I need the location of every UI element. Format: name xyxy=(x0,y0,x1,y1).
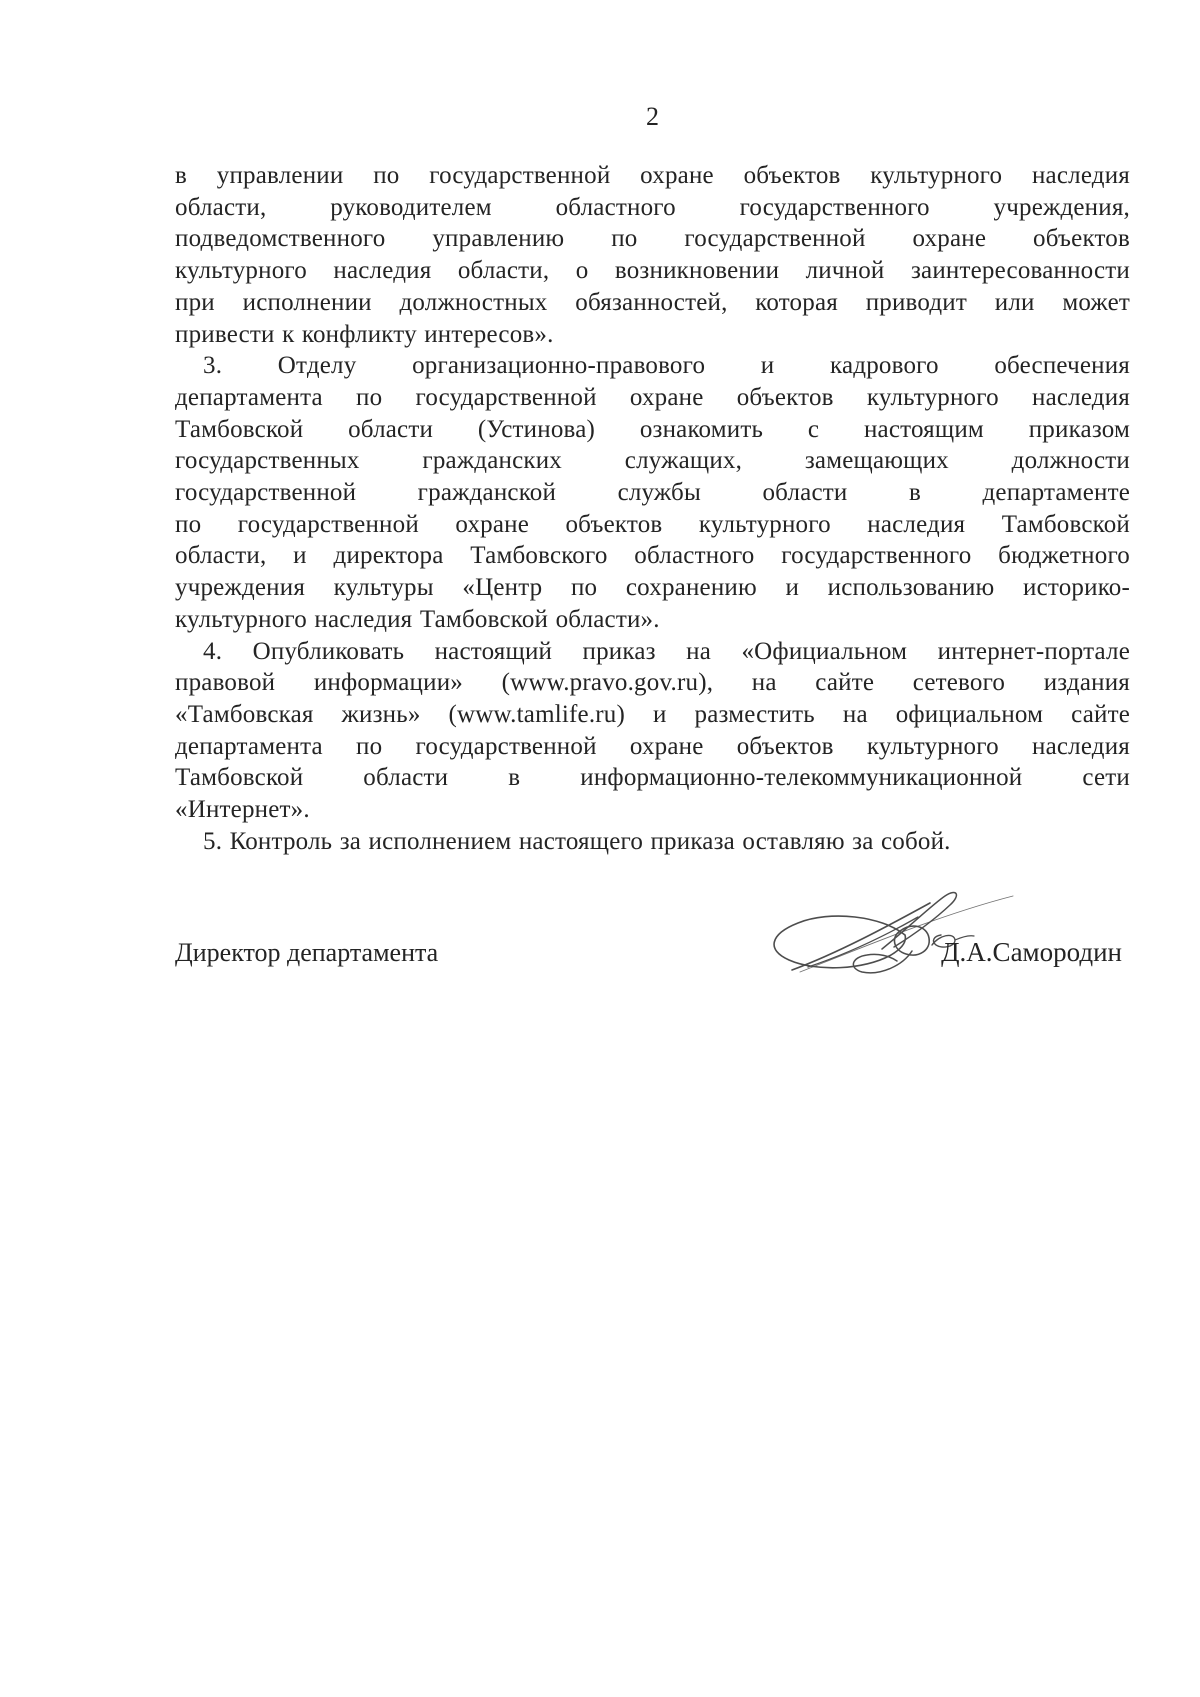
text-line: департамента по государственной охране о… xyxy=(175,382,1130,414)
text-line: области, руководителем областного госуда… xyxy=(175,192,1130,224)
text-line: области, и директора Тамбовского областн… xyxy=(175,540,1130,572)
signature-row: Директор департамента Д.А.Самородин xyxy=(175,936,1122,969)
text-line: 3. Отделу организационно-правового и кад… xyxy=(175,350,1130,382)
text-line: «Тамбовская жизнь» (www.tamlife.ru) и ра… xyxy=(175,699,1130,731)
text-line: в управлении по государственной охране о… xyxy=(175,160,1130,192)
text-line: 5. Контроль за исполнением настоящего пр… xyxy=(175,826,1130,858)
text-line: правовой информации» (www.pravo.gov.ru),… xyxy=(175,667,1130,699)
text-line: культурного наследия области, о возникно… xyxy=(175,255,1130,287)
page-number: 2 xyxy=(175,101,1130,133)
text-line: культурного наследия Тамбовской области»… xyxy=(175,604,1130,636)
text-line: Тамбовской области в информационно-телек… xyxy=(175,762,1130,794)
text-line: государственных гражданских служащих, за… xyxy=(175,445,1130,477)
text-line: учреждения культуры «Центр по сохранению… xyxy=(175,572,1130,604)
text-line: государственной гражданской службы облас… xyxy=(175,477,1130,509)
text-line: департамента по государственной охране о… xyxy=(175,731,1130,763)
text-line: «Интернет». xyxy=(175,794,1130,826)
signer-position-label: Директор департамента xyxy=(175,937,438,969)
text-line: подведомственного управлению по государс… xyxy=(175,223,1130,255)
document-body: в управлении по государственной охране о… xyxy=(175,160,1130,857)
text-line: привести к конфликту интересов». xyxy=(175,319,1130,351)
text-line: при исполнении должностных обязанностей,… xyxy=(175,287,1130,319)
text-line: по государственной охране объектов культ… xyxy=(175,509,1130,541)
text-line: Тамбовской области (Устинова) ознакомить… xyxy=(175,414,1130,446)
signer-name: Д.А.Самородин xyxy=(941,936,1122,968)
text-line: 4. Опубликовать настоящий приказ на «Офи… xyxy=(175,636,1130,668)
document-page: 2 в управлении по государственной охране… xyxy=(0,0,1200,1697)
